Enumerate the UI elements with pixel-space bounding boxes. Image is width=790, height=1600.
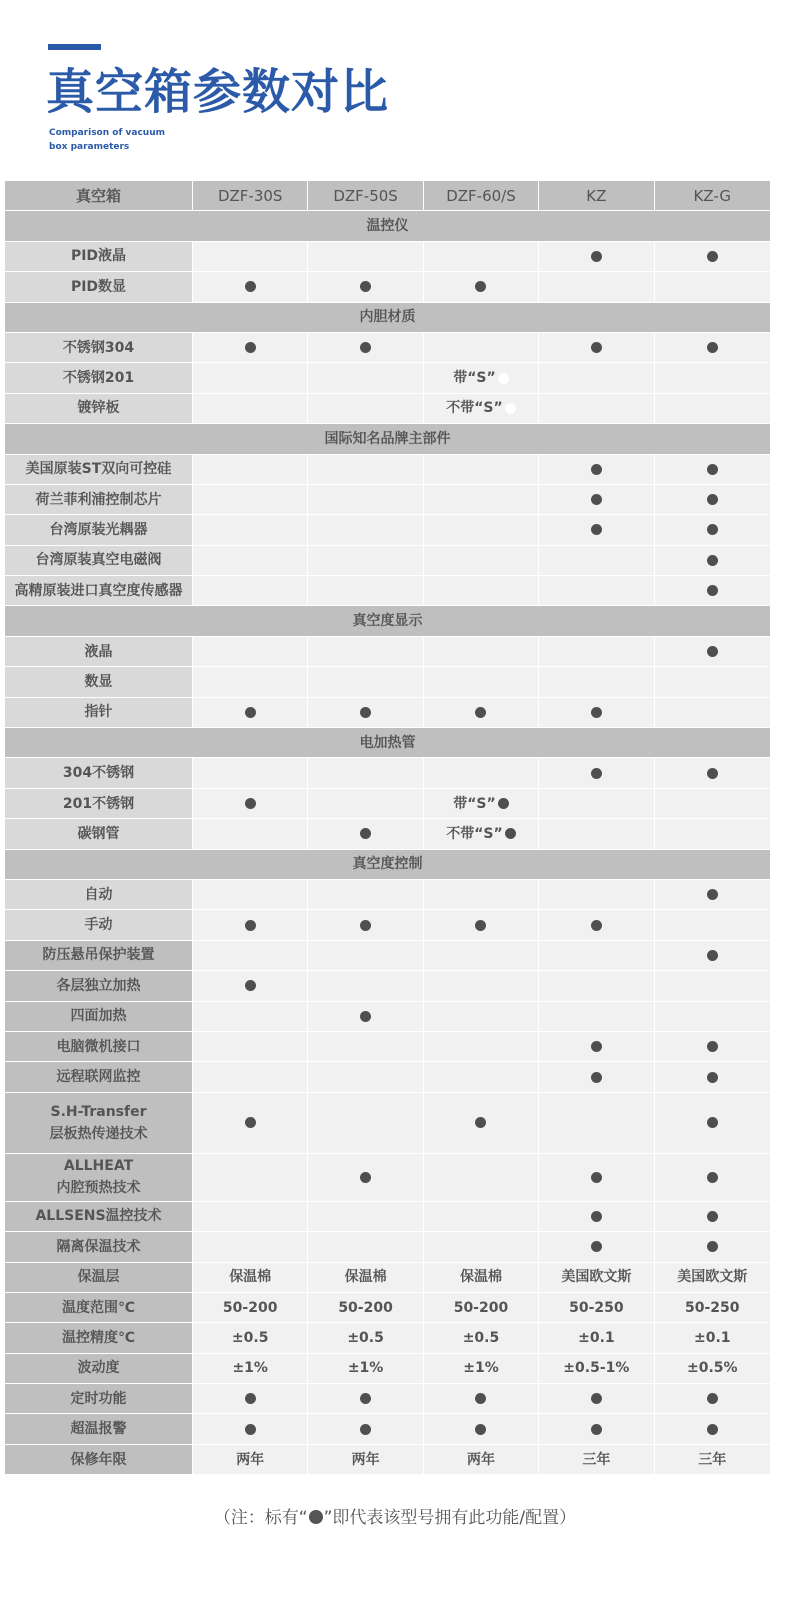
feature-dot-icon [707,494,718,505]
value-cell [193,394,308,423]
value-cell [193,1202,308,1231]
row-label: 温控精度℃ [5,1323,193,1352]
table-row: ALLSENS温控技术 [5,1202,770,1232]
value-cell [308,971,423,1000]
value-text: 带“S” [453,367,496,389]
value-cell: ±1% [424,1354,539,1383]
value-cell [308,1062,423,1091]
value-cell [539,485,654,514]
value-cell: 带“S” [424,789,539,818]
section-header-row: 真空度控制 [5,850,770,880]
value-cell [193,880,308,909]
value-cell [655,1384,770,1413]
value-cell [193,363,308,392]
value-cell [424,1032,539,1061]
feature-dot-icon [591,342,602,353]
value-cell [655,1002,770,1031]
feature-dot-icon [360,1424,371,1435]
value-cell [308,1154,423,1201]
feature-dot-icon [707,889,718,900]
value-cell: 不带“S” [424,819,539,848]
feature-dot-icon [591,494,602,505]
value-cell [655,363,770,392]
feature-dot-icon [591,1211,602,1222]
table-row: PID液晶 [5,242,770,272]
value-cell [193,819,308,848]
value-cell [655,941,770,970]
value-cell: ±1% [193,1354,308,1383]
value-cell [539,637,654,666]
value-cell [308,1032,423,1061]
header-cell-model: DZF-60/S [424,181,539,210]
table-row: 定时功能 [5,1384,770,1414]
value-cell: ±0.5 [193,1323,308,1352]
table-row: 隔离保温技术 [5,1232,770,1262]
value-cell: 两年 [424,1445,539,1474]
feature-dot-icon [245,798,256,809]
feature-dot-icon [707,524,718,535]
table-row: 远程联网监控 [5,1062,770,1092]
value-cell [424,1154,539,1201]
row-label: 防压悬吊保护装置 [5,941,193,970]
value-cell [655,880,770,909]
row-label: 波动度 [5,1354,193,1383]
value-cell [539,880,654,909]
value-cell [424,698,539,727]
value-cell [539,1154,654,1201]
value-cell: 50-200 [424,1293,539,1322]
value-cell: ±0.5 [308,1323,423,1352]
value-cell [655,1202,770,1231]
feature-dot-icon [707,1072,718,1083]
value-cell [655,333,770,362]
table-row: 台湾原装真空电磁阀 [5,546,770,576]
footnote-suffix: ”即代表该型号拥有此功能/配置） [324,1508,577,1528]
value-cell: ±0.5 [424,1323,539,1352]
value-cell [539,1062,654,1091]
value-cell [193,272,308,301]
row-label: 不锈钢201 [5,363,193,392]
table-row: 保温层保温棉保温棉保温棉美国欧文斯美国欧文斯 [5,1263,770,1293]
value-cell [655,546,770,575]
section-title: 国际知名品牌主部件 [5,424,770,453]
feature-dot-icon [360,920,371,931]
table-row: ALLHEAT 内腔预热技术 [5,1154,770,1202]
value-cell [539,941,654,970]
value-cell [655,637,770,666]
row-label: 201不锈钢 [5,789,193,818]
value-cell [424,637,539,666]
value-cell [308,1093,423,1153]
value-cell [424,576,539,605]
value-cell [308,819,423,848]
feature-dot-icon [245,980,256,991]
feature-dot-icon [475,281,486,292]
value-cell [308,1384,423,1413]
value-cell [539,242,654,271]
feature-dot-icon [707,1424,718,1435]
feature-dot-icon [707,1041,718,1052]
feature-dot-icon [707,768,718,779]
header-cell-model: DZF-30S [193,181,308,210]
table-row: 304不锈钢 [5,758,770,788]
page-subtitle: Comparison of vacuum box parameters [49,126,165,154]
value-cell: ±1% [308,1354,423,1383]
value-cell [193,576,308,605]
value-cell [424,758,539,787]
value-cell [539,1414,654,1443]
table-row: 镀锌板不带“S” [5,394,770,424]
value-cell [655,394,770,423]
feature-dot-icon [505,828,516,839]
value-cell [308,910,423,939]
value-cell [193,546,308,575]
value-cell [193,333,308,362]
value-cell: 50-200 [193,1293,308,1322]
value-cell [539,1202,654,1231]
feature-dot-icon [245,1117,256,1128]
feature-dot-icon [707,1393,718,1404]
value-cell [424,1202,539,1231]
value-cell: 保温棉 [308,1263,423,1292]
feature-dot-icon [591,1241,602,1252]
value-cell [308,272,423,301]
feature-dot-icon [591,707,602,718]
feature-dot-icon [707,342,718,353]
feature-dot-icon [591,1393,602,1404]
row-label: ALLHEAT 内腔预热技术 [5,1154,193,1201]
value-cell [193,758,308,787]
feature-dot-icon [707,585,718,596]
feature-dot-icon [498,373,509,384]
value-cell [424,546,539,575]
value-cell [655,758,770,787]
row-label: 液晶 [5,637,193,666]
value-cell [308,667,423,696]
table-row: S.H-Transfer 层板热传递技术 [5,1093,770,1154]
row-label: PID数显 [5,272,193,301]
value-cell [193,1062,308,1091]
table-row: 自动 [5,880,770,910]
feature-dot-icon [360,828,371,839]
value-cell [308,941,423,970]
value-cell [424,272,539,301]
value-cell: 带“S” [424,363,539,392]
value-cell: 50-250 [539,1293,654,1322]
row-label: ALLSENS温控技术 [5,1202,193,1231]
feature-dot-icon [591,1041,602,1052]
value-cell [655,789,770,818]
row-label: 指针 [5,698,193,727]
feature-dot-icon [245,281,256,292]
value-cell: 两年 [193,1445,308,1474]
row-label: 不锈钢304 [5,333,193,362]
value-cell [539,272,654,301]
section-header-row: 电加热管 [5,728,770,758]
header-cell-model: DZF-50S [308,181,423,210]
feature-dot-icon [360,281,371,292]
value-cell [539,333,654,362]
value-cell [539,515,654,544]
feature-dot-icon [245,342,256,353]
value-cell [655,667,770,696]
value-cell [655,515,770,544]
value-cell [193,971,308,1000]
row-label: 温度范围℃ [5,1293,193,1322]
row-label: 自动 [5,880,193,909]
feature-dot-icon [707,464,718,475]
feature-dot-icon [591,524,602,535]
feature-dot-icon [707,1211,718,1222]
feature-dot-icon [707,1117,718,1128]
feature-dot-icon [707,950,718,961]
value-cell: 50-250 [655,1293,770,1322]
table-header-row: 真空箱 DZF-30S DZF-50S DZF-60/S KZ KZ-G [5,181,770,211]
table-row: 防压悬吊保护装置 [5,941,770,971]
value-cell [308,1414,423,1443]
header-cell-model: KZ-G [655,181,770,210]
value-cell [655,272,770,301]
section-header-row: 真空度显示 [5,606,770,636]
table-row: PID数显 [5,272,770,302]
feature-dot-icon [707,1172,718,1183]
table-body: 温控仪PID液晶PID数显内胆材质不锈钢304不锈钢201带“S”镀锌板不带“S… [5,211,770,1475]
row-label: 美国原装ST双向可控硅 [5,455,193,484]
value-text: 不带“S” [446,823,503,845]
value-cell [193,910,308,939]
value-cell [193,242,308,271]
feature-dot-icon [245,707,256,718]
value-cell [539,1384,654,1413]
table-row: 台湾原装光耦器 [5,515,770,545]
header-cell-category: 真空箱 [5,181,193,210]
value-cell [655,1414,770,1443]
value-cell [424,1002,539,1031]
value-cell [539,1093,654,1153]
feature-dot-icon [591,920,602,931]
value-cell [539,576,654,605]
value-cell [655,576,770,605]
value-cell [539,819,654,848]
value-cell: ±0.5% [655,1354,770,1383]
value-text: 带“S” [453,793,496,815]
value-cell [193,485,308,514]
table-row: 201不锈钢带“S” [5,789,770,819]
value-cell [424,1232,539,1261]
value-cell [308,363,423,392]
table-row: 不锈钢304 [5,333,770,363]
feature-dot-icon [591,1172,602,1183]
row-label: 定时功能 [5,1384,193,1413]
value-cell: ±0.1 [655,1323,770,1352]
feature-dot-icon [475,920,486,931]
feature-dot-icon [707,251,718,262]
value-cell: 美国欧文斯 [539,1263,654,1292]
value-cell [655,819,770,848]
value-cell [308,333,423,362]
row-label: 数显 [5,667,193,696]
row-label: 保修年限 [5,1445,193,1474]
subtitle-line-2: box parameters [49,140,165,154]
footnote-prefix: （注：标有“ [214,1508,308,1528]
row-label: 荷兰菲利浦控制芯片 [5,485,193,514]
value-cell [193,1032,308,1061]
value-cell [539,455,654,484]
table-row: 高精原装进口真空度传感器 [5,576,770,606]
feature-dot-icon [245,1393,256,1404]
value-cell [308,576,423,605]
row-label: 各层独立加热 [5,971,193,1000]
value-cell [539,546,654,575]
table-row: 液晶 [5,637,770,667]
table-row: 美国原装ST双向可控硅 [5,455,770,485]
value-text: 不带“S” [446,397,503,419]
row-label: 台湾原装真空电磁阀 [5,546,193,575]
value-cell [539,394,654,423]
value-cell [193,1384,308,1413]
row-label: 台湾原装光耦器 [5,515,193,544]
value-cell [308,637,423,666]
value-cell [308,515,423,544]
value-cell: 50-200 [308,1293,423,1322]
table-row: 电脑微机接口 [5,1032,770,1062]
table-row: 不锈钢201带“S” [5,363,770,393]
table-row: 温控精度℃±0.5±0.5±0.5±0.1±0.1 [5,1323,770,1353]
feature-dot-icon [360,707,371,718]
value-cell [424,333,539,362]
table-row: 指针 [5,698,770,728]
value-cell [655,1232,770,1261]
value-cell [193,1002,308,1031]
value-cell [193,515,308,544]
value-cell [539,1002,654,1031]
row-label: 超温报警 [5,1414,193,1443]
header-cell-model: KZ [539,181,654,210]
table-row: 超温报警 [5,1414,770,1444]
feature-dot-icon [475,707,486,718]
value-cell [655,1093,770,1153]
value-cell [193,789,308,818]
feature-dot-icon [360,1172,371,1183]
feature-dot-icon [707,646,718,657]
table-row: 波动度±1%±1%±1%±0.5-1%±0.5% [5,1354,770,1384]
value-cell [308,880,423,909]
row-label: 镀锌板 [5,394,193,423]
value-cell [539,758,654,787]
value-cell [424,1093,539,1153]
row-label: 四面加热 [5,1002,193,1031]
value-cell [539,698,654,727]
dot-legend-icon [309,1510,323,1524]
value-cell [193,637,308,666]
value-cell [193,698,308,727]
value-cell [193,1232,308,1261]
value-cell [308,485,423,514]
value-cell [539,910,654,939]
row-label: PID液晶 [5,242,193,271]
feature-dot-icon [498,798,509,809]
feature-dot-icon [360,1011,371,1022]
value-cell [539,363,654,392]
section-title: 真空度显示 [5,606,770,635]
table-row: 碳钢管不带“S” [5,819,770,849]
value-cell [308,1232,423,1261]
value-cell [193,941,308,970]
value-cell: 两年 [308,1445,423,1474]
table-row: 保修年限两年两年两年三年三年 [5,1445,770,1475]
feature-dot-icon [245,920,256,931]
value-cell [655,698,770,727]
value-cell [308,455,423,484]
row-label: 隔离保温技术 [5,1232,193,1261]
value-cell [655,1154,770,1201]
page-title: 真空箱参数对比 [46,62,389,122]
feature-dot-icon [360,342,371,353]
value-cell [424,941,539,970]
value-cell [424,1062,539,1091]
section-header-row: 国际知名品牌主部件 [5,424,770,454]
subtitle-line-1: Comparison of vacuum [49,126,165,140]
value-cell [308,1202,423,1231]
row-label: 远程联网监控 [5,1062,193,1091]
feature-dot-icon [707,555,718,566]
value-cell [424,880,539,909]
value-cell [193,1414,308,1443]
value-cell [424,910,539,939]
feature-dot-icon [591,464,602,475]
value-cell: 三年 [539,1445,654,1474]
value-cell: 三年 [655,1445,770,1474]
row-label: 碳钢管 [5,819,193,848]
table-row: 手动 [5,910,770,940]
value-cell [308,698,423,727]
value-cell: 保温棉 [424,1263,539,1292]
value-cell [424,515,539,544]
feature-dot-icon [360,1393,371,1404]
value-cell [308,1002,423,1031]
value-cell [655,971,770,1000]
table-row: 数显 [5,667,770,697]
value-cell [308,394,423,423]
accent-bar [48,44,101,50]
value-cell [424,485,539,514]
row-label: 高精原装进口真空度传感器 [5,576,193,605]
value-cell: ±0.1 [539,1323,654,1352]
feature-dot-icon [475,1393,486,1404]
feature-dot-icon [505,403,516,414]
section-title: 真空度控制 [5,850,770,879]
table-row: 荷兰菲利浦控制芯片 [5,485,770,515]
value-cell [308,242,423,271]
section-title: 电加热管 [5,728,770,757]
feature-dot-icon [591,1072,602,1083]
value-cell [539,789,654,818]
row-label: 保温层 [5,1263,193,1292]
row-label: 304不锈钢 [5,758,193,787]
value-cell [655,1062,770,1091]
value-cell: 保温棉 [193,1263,308,1292]
row-label: S.H-Transfer 层板热传递技术 [5,1093,193,1153]
section-title: 温控仪 [5,211,770,240]
section-title: 内胆材质 [5,303,770,332]
table-row: 温度范围℃50-20050-20050-20050-25050-250 [5,1293,770,1323]
value-cell [655,1032,770,1061]
row-label: 电脑微机接口 [5,1032,193,1061]
feature-dot-icon [475,1424,486,1435]
value-cell [424,1384,539,1413]
value-cell [424,971,539,1000]
value-cell [308,758,423,787]
